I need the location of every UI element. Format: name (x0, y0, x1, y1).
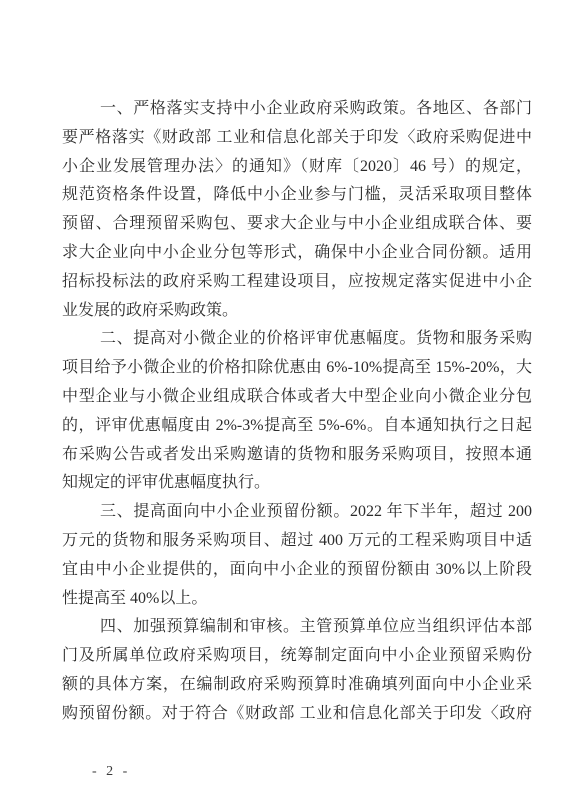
doc-line: 要严格落实《财政部 工业和信息化部关于印发〈政府采购促进中 (62, 124, 532, 153)
doc-line: 求大企业向中小企业分包等形式，确保中小企业合同份额。适用 (62, 239, 532, 268)
doc-line: 的，评审优惠幅度由 2%-3%提高至 5%-6%。自本通知执行之日起发 (62, 412, 532, 441)
doc-line: 额的具体方案，在编制政府采购预算时准确填列面向中小企业采 (62, 671, 532, 700)
doc-line: 招标投标法的政府采购工程建设项目，应按规定落实促进中小企 (62, 268, 532, 297)
doc-line: 规范资格条件设置，降低中小企业参与门槛，灵活采取项目整体 (62, 181, 532, 210)
doc-line: 布采购公告或者发出采购邀请的货物和服务采购项目，按照本通 (62, 441, 532, 470)
doc-line: 二、提高对小微企业的价格评审优惠幅度。货物和服务采购 (62, 325, 532, 354)
doc-line: 性提高至 40%以上。 (62, 585, 532, 614)
doc-line: 三、提高面向中小企业预留份额。2022 年下半年，超过 200 (62, 498, 532, 527)
doc-line: 业发展的政府采购政策。 (62, 297, 532, 326)
doc-line: 一、严格落实支持中小企业政府采购政策。各地区、各部门 (62, 95, 532, 124)
doc-line: 知规定的评审优惠幅度执行。 (62, 469, 532, 498)
document-page: 一、严格落实支持中小企业政府采购政策。各地区、各部门 要严格落实《财政部 工业和… (0, 0, 588, 788)
doc-line: 中型企业与小微企业组成联合体或者大中型企业向小微企业分包 (62, 383, 532, 412)
paragraph-3: 三、提高面向中小企业预留份额。2022 年下半年，超过 200 万元的货物和服务… (62, 498, 532, 613)
paragraph-2: 二、提高对小微企业的价格评审优惠幅度。货物和服务采购 项目给予小微企业的价格扣除… (62, 325, 532, 498)
page-number: - 2 - (92, 764, 130, 780)
doc-line: 四、加强预算编制和审核。主管预算单位应当组织评估本部 (62, 613, 532, 642)
doc-line: 购预留份额。对于符合《财政部 工业和信息化部关于印发〈政府 (62, 700, 532, 729)
doc-line: 宜由中小企业提供的，面向中小企业的预留份额由 30%以上阶段 (62, 556, 532, 585)
doc-line: 门及所属单位政府采购项目，统筹制定面向中小企业预留采购份 (62, 642, 532, 671)
paragraph-1: 一、严格落实支持中小企业政府采购政策。各地区、各部门 要严格落实《财政部 工业和… (62, 95, 532, 325)
doc-line: 预留、合理预留采购包、要求大企业与中小企业组成联合体、要 (62, 210, 532, 239)
document-body: 一、严格落实支持中小企业政府采购政策。各地区、各部门 要严格落实《财政部 工业和… (62, 95, 532, 729)
doc-line: 小企业发展管理办法〉的通知》（财库〔2020〕46 号）的规定， (62, 153, 532, 182)
paragraph-4: 四、加强预算编制和审核。主管预算单位应当组织评估本部 门及所属单位政府采购项目，… (62, 613, 532, 728)
doc-line: 万元的货物和服务采购项目、超过 400 万元的工程采购项目中适 (62, 527, 532, 556)
doc-line: 项目给予小微企业的价格扣除优惠由 6%-10%提高至 15%-20%，大 (62, 354, 532, 383)
